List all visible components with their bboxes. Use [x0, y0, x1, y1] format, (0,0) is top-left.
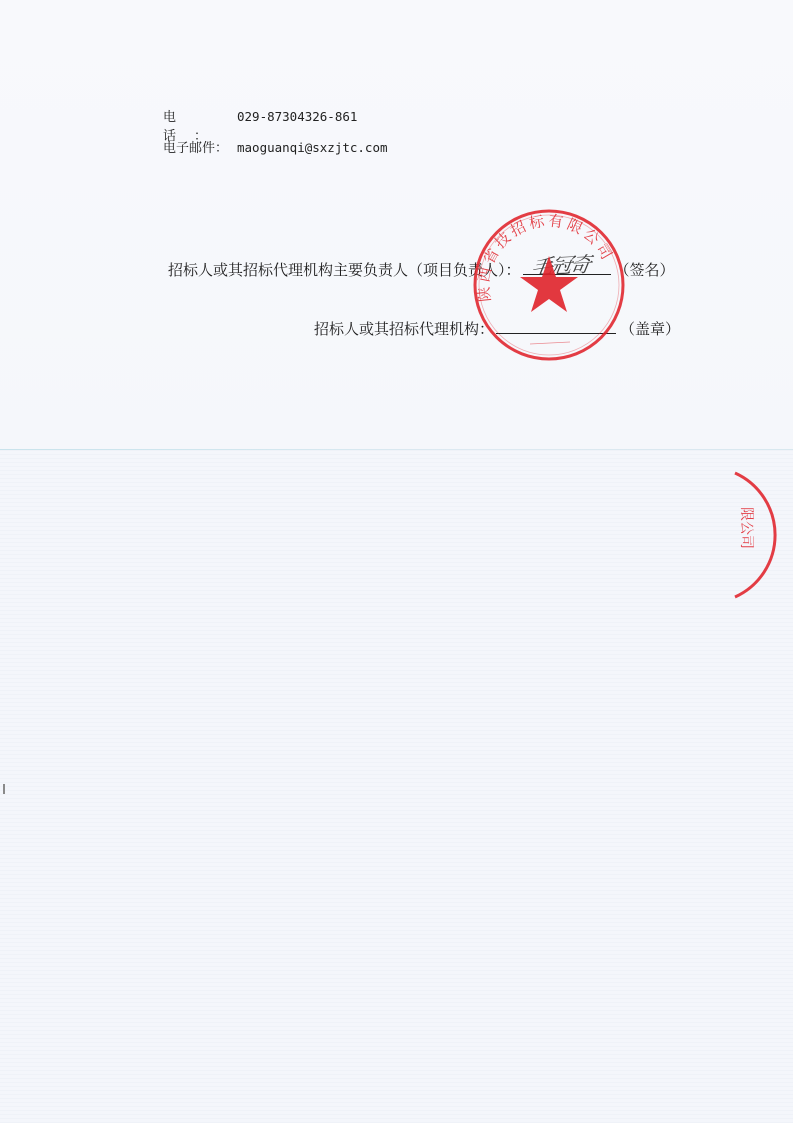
person-signature-label: 招标人或其招标代理机构主要负责人（项目负责人）：	[168, 261, 521, 279]
contact-email-row: 电子邮件： maoguanqi@sxzjtc.com	[163, 137, 388, 156]
phone-value: 029-87304326-861	[237, 109, 357, 124]
email-value: maoguanqi@sxzjtc.com	[237, 140, 388, 155]
org-seal-suffix: （盖章）	[620, 320, 680, 338]
page-fold-line	[0, 449, 793, 450]
partial-stamp-text: 限公司	[738, 507, 754, 549]
org-seal-label: 招标人或其招标代理机构：	[314, 320, 494, 338]
org-seal-blank	[496, 319, 616, 334]
handwritten-signature: 毛冠奇	[529, 249, 591, 282]
person-signature-line: 招标人或其招标代理机构主要负责人（项目负责人）：（签名）	[168, 259, 675, 280]
org-seal-line: 招标人或其招标代理机构：（盖章）	[314, 318, 680, 339]
page-upper-section	[0, 0, 793, 449]
email-label: 电子邮件：	[163, 137, 237, 156]
person-signature-suffix: （签名）	[615, 261, 675, 279]
partial-seal-stamp: 限公司	[700, 465, 793, 605]
scan-edge-mark	[3, 784, 5, 794]
